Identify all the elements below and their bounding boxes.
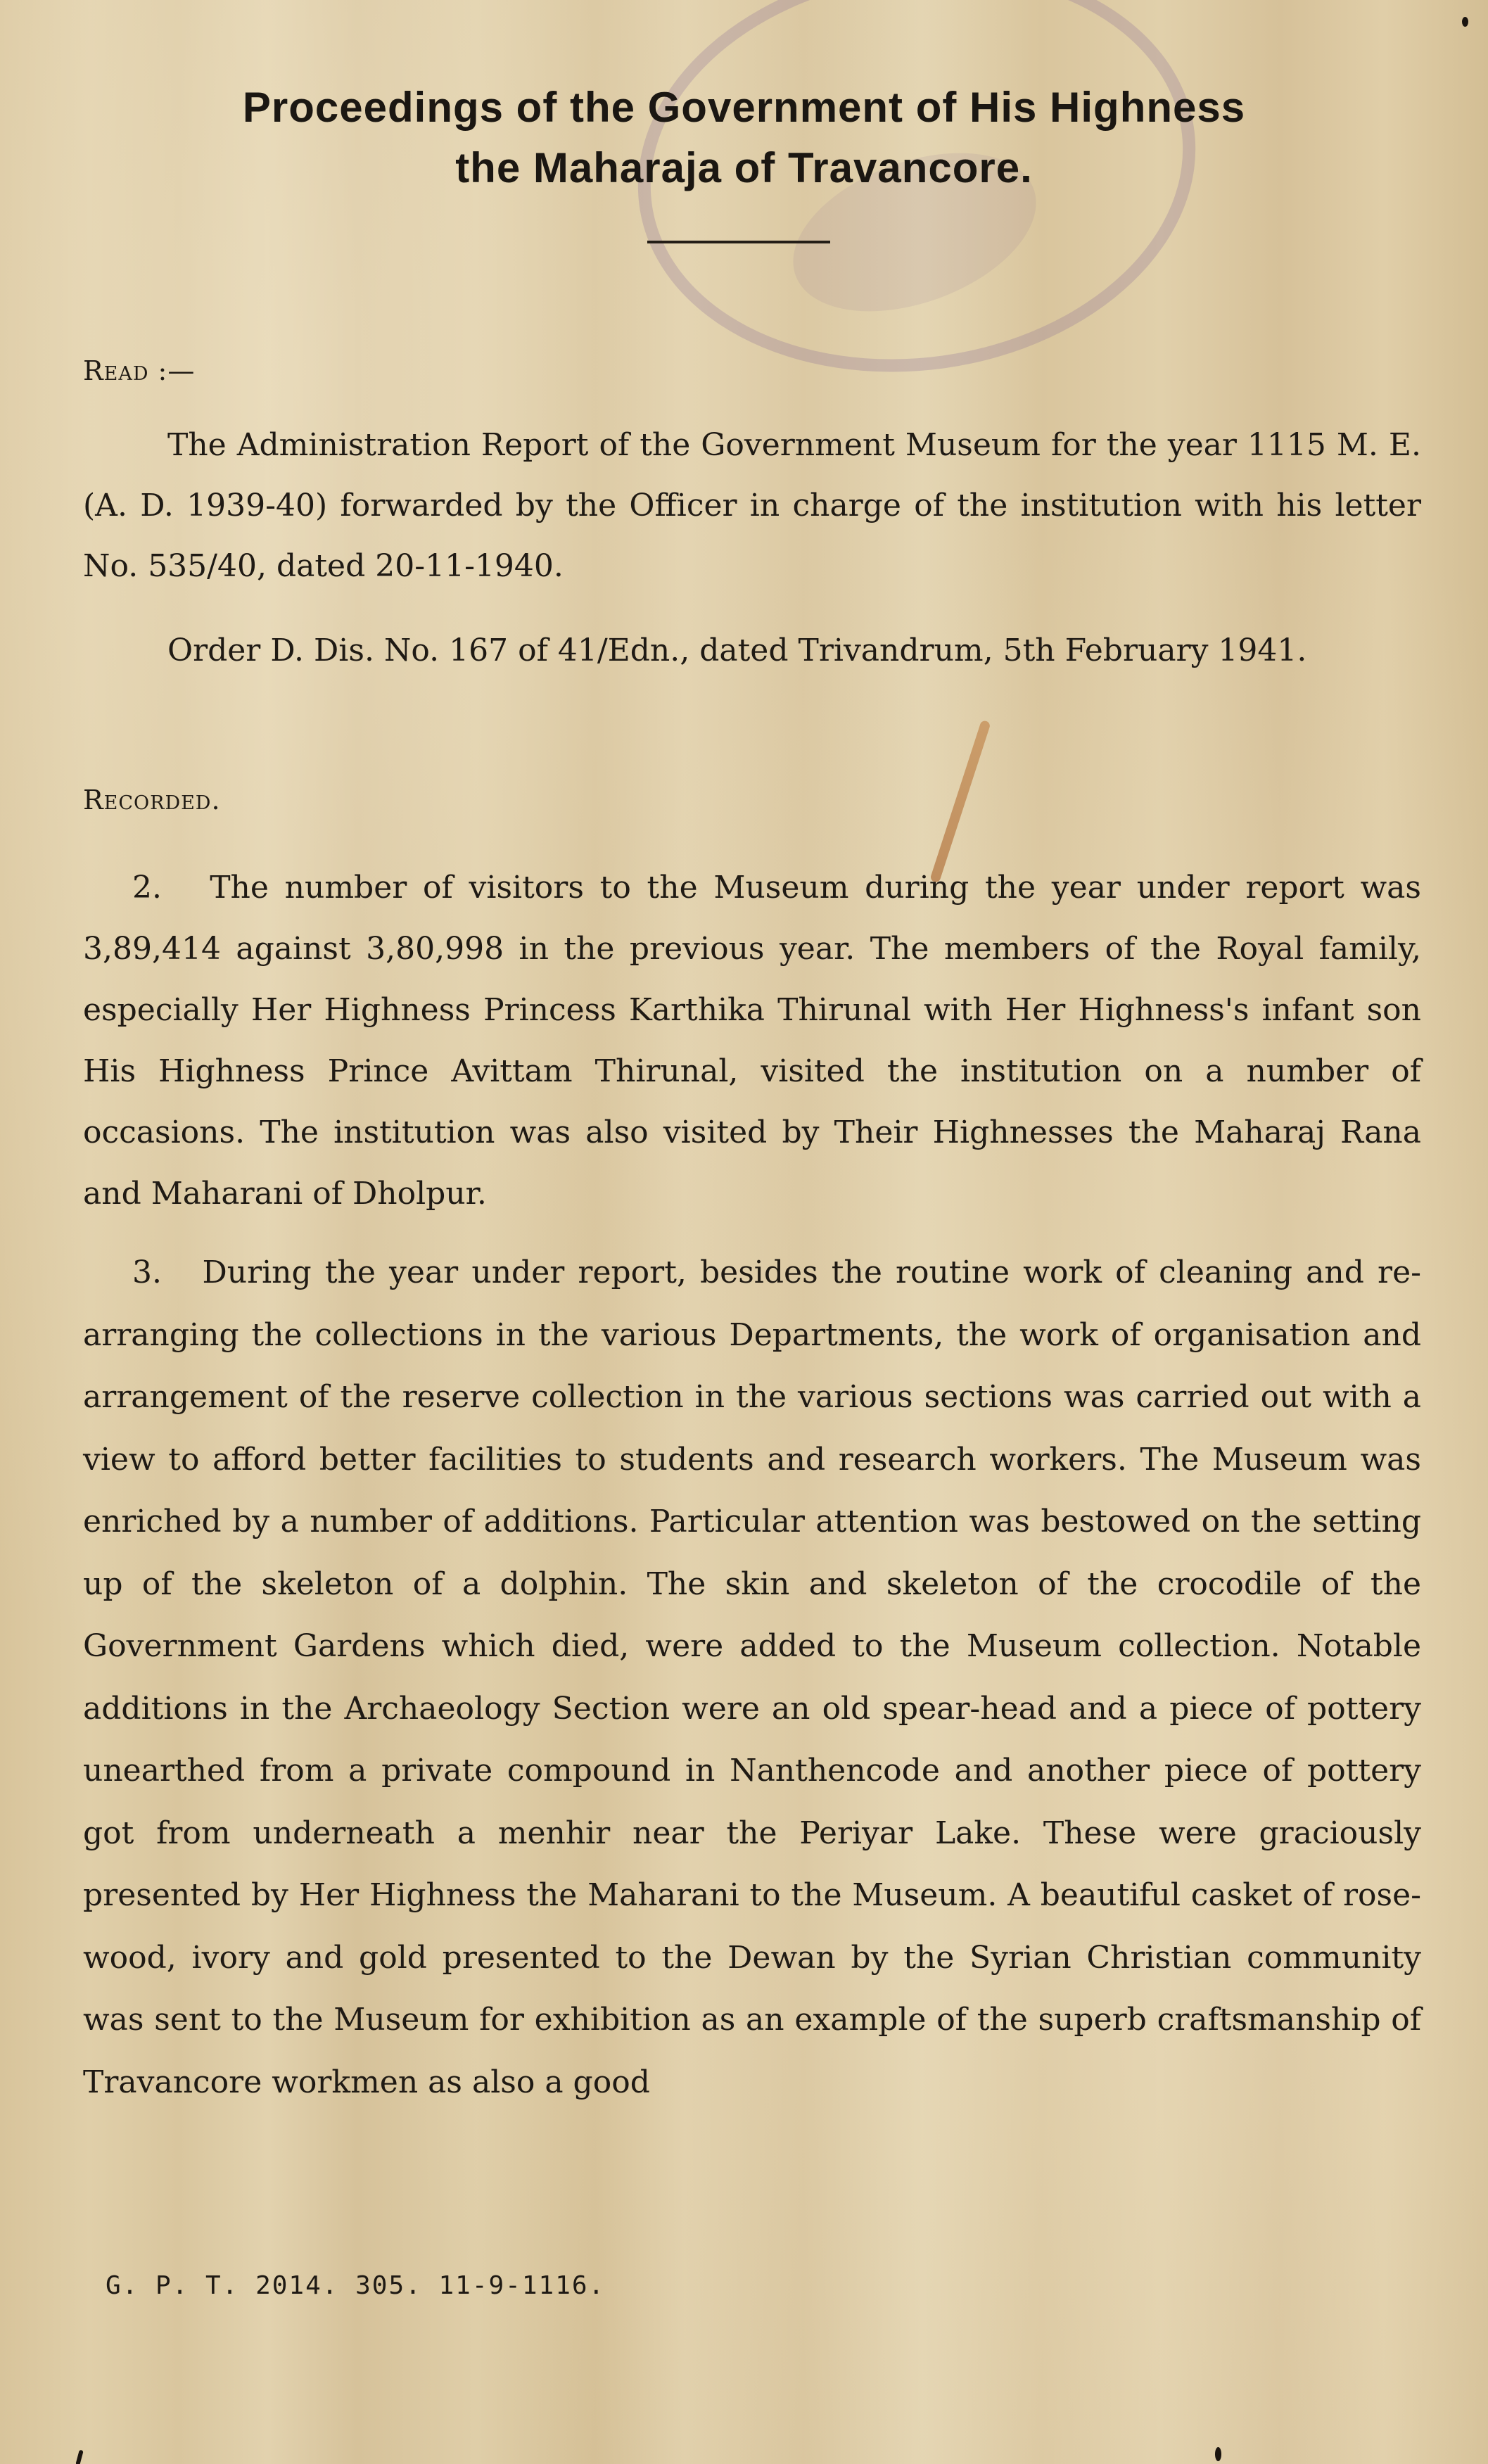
paragraph-3-number: 3. bbox=[132, 1255, 162, 1290]
order-line: Order D. Dis. No. 167 of 41/Edn., dated … bbox=[83, 621, 1421, 681]
paragraph-3-text: During the year under report, besides th… bbox=[83, 1255, 1421, 2100]
title-divider bbox=[647, 241, 830, 243]
paragraph-2-text: The number of visitors to the Museum dur… bbox=[83, 870, 1421, 1212]
printer-imprint: G. P. T. 2014. 305. 11-9-1116. bbox=[106, 2271, 605, 2300]
paragraph-3: 3. During the year under report, besides… bbox=[83, 1242, 1421, 2114]
read-label: Read :— bbox=[83, 355, 195, 386]
recorded-label: Recorded. bbox=[83, 785, 221, 815]
title-line-1: Proceedings of the Government of His Hig… bbox=[0, 77, 1488, 138]
ink-dot bbox=[1215, 2447, 1221, 2461]
paragraph-2: 2. The number of visitors to the Museum … bbox=[83, 857, 1421, 1224]
document-title: Proceedings of the Government of His Hig… bbox=[0, 77, 1488, 198]
read-item: The Administration Report of the Governm… bbox=[83, 415, 1421, 597]
title-line-2: the Maharaja of Travancore. bbox=[0, 138, 1488, 198]
paragraph-2-number: 2. bbox=[132, 870, 162, 906]
ink-dot bbox=[1462, 17, 1468, 27]
